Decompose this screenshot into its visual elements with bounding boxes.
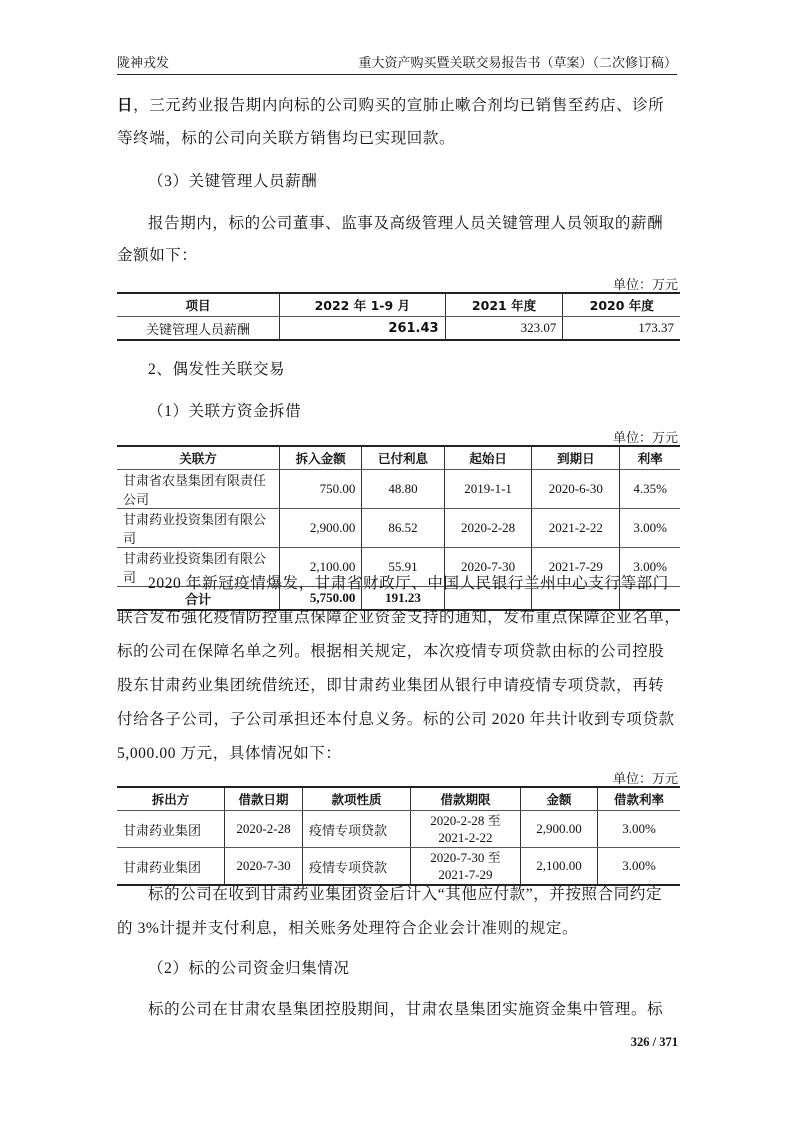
- section-heading: （3）关键管理人员薪酬: [148, 172, 710, 192]
- section-heading: （2）标的公司资金归集情况: [148, 959, 710, 979]
- paragraph-line: 金额如下：: [117, 246, 679, 266]
- page-number: 326 / 371: [631, 1035, 678, 1050]
- paragraph: 报告期内，标的公司董事、监事及高级管理人员关键管理人员领取的薪酬: [148, 214, 710, 234]
- unit-label: 单位：万元: [613, 768, 678, 787]
- paragraph-line: 5,000.00 万元，具体情况如下：: [117, 744, 679, 764]
- page-header: 陇神戎发 重大资产购买暨关联交易报告书（草案）（二次修订稿）: [117, 52, 677, 75]
- unit-label: 单位：万元: [613, 274, 678, 293]
- section-heading: 2、偶发性关联交易: [148, 360, 710, 380]
- unit-label: 单位：万元: [613, 427, 678, 446]
- header-company: 陇神戎发: [117, 52, 169, 71]
- table-row: 甘肃药业集团 2020-2-28 疫情专项贷款 2020-2-28 至2021-…: [117, 811, 680, 848]
- paragraph: 标的公司在收到甘肃药业集团资金后计入“其他应付款”，并按照合同约定: [148, 885, 710, 905]
- paragraph: 日，三元药业报告期内向标的公司购买的宣肺止嗽合剂均已销售至药店、诊所: [117, 95, 679, 116]
- paragraph-line: 标的公司在保障名单之列。根据相关规定，本次疫情专项贷款由标的公司控股: [117, 642, 679, 662]
- paragraph-line: 的 3%计提并支付利息，相关账务处理符合企业会计准则的规定。: [117, 919, 679, 939]
- paragraph-line: 联合发布强化疫情防控重点保障企业资金支持的通知，发布重点保障企业名单，: [117, 608, 679, 628]
- table-row: 甘肃省农垦集团有限责任公司 750.00 48.80 2019-1-1 2020…: [117, 470, 680, 509]
- special-loan-table: 拆出方 借款日期 款项性质 借款期限 金额 借款利率 甘肃药业集团 2020-2…: [117, 786, 680, 886]
- paragraph-line: 等终端，标的公司向关联方销售均已实现回款。: [117, 129, 679, 149]
- table-row: 甘肃药业投资集团有限公司 2,900.00 86.52 2020-2-28 20…: [117, 509, 680, 548]
- bold-char: 日: [117, 96, 133, 114]
- section-heading: （1）关联方资金拆借: [148, 402, 710, 422]
- paragraph: 2020 年新冠疫情爆发，甘肃省财政厅、中国人民银行兰州中心支行等部门: [148, 574, 710, 594]
- header-doc-title: 重大资产购买暨关联交易报告书（草案）（二次修订稿）: [358, 52, 677, 71]
- salary-table: 项目 2022 年 1-9 月 2021 年度 2020 年度 关键管理人员薪酬…: [117, 292, 680, 341]
- paragraph-line: 股东甘肃药业集团统借统还，即甘肃药业集团从银行申请疫情专项贷款，再转: [117, 676, 679, 696]
- table-row: 关键管理人员薪酬 261.43 323.07 173.37: [117, 317, 680, 341]
- table-row: 甘肃药业集团 2020-7-30 疫情专项贷款 2020-7-30 至2021-…: [117, 848, 680, 886]
- paragraph: 标的公司在甘肃农垦集团控股期间，甘肃农垦集团实施资金集中管理。标: [148, 1000, 710, 1020]
- paragraph-line: 付给各子公司，子公司承担还本付息义务。标的公司 2020 年共计收到专项贷款: [117, 710, 679, 730]
